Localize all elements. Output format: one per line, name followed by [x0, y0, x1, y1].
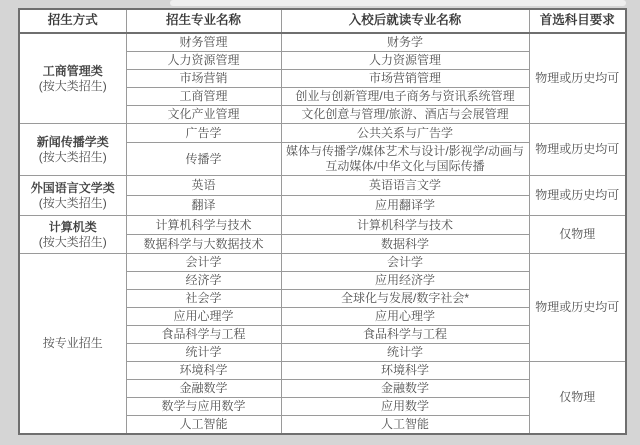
subject-cell: 仅物理 — [529, 216, 626, 254]
study-cell: 数据科学 — [281, 235, 529, 254]
major-cell: 食品科学与工程 — [126, 326, 281, 344]
major-cell: 环境科学 — [126, 362, 281, 380]
study-cell: 市场营销管理 — [281, 70, 529, 88]
col-header-major: 招生专业名称 — [126, 9, 281, 33]
subject-cell: 物理或历史均可 — [529, 124, 626, 176]
study-cell: 应用心理学 — [281, 308, 529, 326]
col-header-subject: 首选科目要求 — [529, 9, 626, 33]
major-cell: 英语 — [126, 176, 281, 196]
major-cell: 经济学 — [126, 272, 281, 290]
study-cell: 创业与创新管理/电子商务与资讯系统管理 — [281, 88, 529, 106]
method-subtitle: (按大类招生) — [23, 150, 123, 165]
study-cell: 人工智能 — [281, 416, 529, 435]
major-cell: 数据科学与大数据技术 — [126, 235, 281, 254]
major-cell: 社会学 — [126, 290, 281, 308]
study-cell: 金融数学 — [281, 380, 529, 398]
subject-cell: 仅物理 — [529, 362, 626, 435]
header-row: 招生方式 招生专业名称 入校后就读专业名称 首选科目要求 — [19, 9, 626, 33]
photo-top-strip — [170, 0, 626, 6]
method-title: 工商管理类 — [23, 64, 123, 79]
study-cell: 应用翻译学 — [281, 196, 529, 216]
major-cell: 工商管理 — [126, 88, 281, 106]
study-cell: 应用数学 — [281, 398, 529, 416]
section-method-cell: 工商管理类 (按大类招生) — [19, 33, 126, 124]
major-cell: 应用心理学 — [126, 308, 281, 326]
method-title: 新闻传播学类 — [23, 135, 123, 150]
section-method-cell: 按专业招生 — [19, 254, 126, 435]
admissions-table: 招生方式 招生专业名称 入校后就读专业名称 首选科目要求 工商管理类 (按大类招… — [18, 8, 627, 435]
major-cell: 计算机科学与技术 — [126, 216, 281, 235]
major-cell: 人工智能 — [126, 416, 281, 435]
method-title: 外国语言文学类 — [23, 181, 123, 196]
section-method-cell: 外国语言文学类 (按大类招生) — [19, 176, 126, 216]
study-cell: 应用经济学 — [281, 272, 529, 290]
table-row: 计算机类 (按大类招生) 计算机科学与技术 计算机科学与技术 仅物理 — [19, 216, 626, 235]
table-row: 外国语言文学类 (按大类招生) 英语 英语语言文学 物理或历史均可 — [19, 176, 626, 196]
section-method-cell: 新闻传播学类 (按大类招生) — [19, 124, 126, 176]
major-cell: 金融数学 — [126, 380, 281, 398]
major-cell: 财务管理 — [126, 33, 281, 52]
method-subtitle: (按大类招生) — [23, 196, 123, 211]
method-subtitle: (按大类招生) — [23, 235, 123, 250]
major-cell: 翻译 — [126, 196, 281, 216]
study-cell: 会计学 — [281, 254, 529, 272]
study-cell: 公共关系与广告学 — [281, 124, 529, 143]
study-cell: 媒体与传播学/媒体艺术与设计/影视学/动画与互动媒体/中华文化与国际传播 — [281, 143, 529, 176]
col-header-method: 招生方式 — [19, 9, 126, 33]
study-cell: 统计学 — [281, 344, 529, 362]
study-cell: 全球化与发展/数字社会* — [281, 290, 529, 308]
table-row: 新闻传播学类 (按大类招生) 广告学 公共关系与广告学 物理或历史均可 — [19, 124, 626, 143]
major-cell: 文化产业管理 — [126, 106, 281, 124]
section-method-cell: 计算机类 (按大类招生) — [19, 216, 126, 254]
subject-cell: 物理或历史均可 — [529, 33, 626, 124]
major-cell: 市场营销 — [126, 70, 281, 88]
study-cell: 财务学 — [281, 33, 529, 52]
major-cell: 统计学 — [126, 344, 281, 362]
subject-cell: 物理或历史均可 — [529, 176, 626, 216]
study-cell: 英语语言文学 — [281, 176, 529, 196]
table-row: 按专业招生 会计学 会计学 物理或历史均可 — [19, 254, 626, 272]
study-cell: 计算机科学与技术 — [281, 216, 529, 235]
major-cell: 人力资源管理 — [126, 52, 281, 70]
major-cell: 传播学 — [126, 143, 281, 176]
study-cell: 人力资源管理 — [281, 52, 529, 70]
study-cell: 文化创意与管理/旅游、酒店与会展管理 — [281, 106, 529, 124]
study-cell: 环境科学 — [281, 362, 529, 380]
study-cell: 食品科学与工程 — [281, 326, 529, 344]
method-title: 按专业招生 — [23, 336, 123, 351]
table-row: 工商管理类 (按大类招生) 财务管理 财务学 物理或历史均可 — [19, 33, 626, 52]
method-title: 计算机类 — [23, 220, 123, 235]
major-cell: 数学与应用数学 — [126, 398, 281, 416]
major-cell: 广告学 — [126, 124, 281, 143]
col-header-study: 入校后就读专业名称 — [281, 9, 529, 33]
method-subtitle: (按大类招生) — [23, 79, 123, 94]
subject-cell: 物理或历史均可 — [529, 254, 626, 362]
major-cell: 会计学 — [126, 254, 281, 272]
